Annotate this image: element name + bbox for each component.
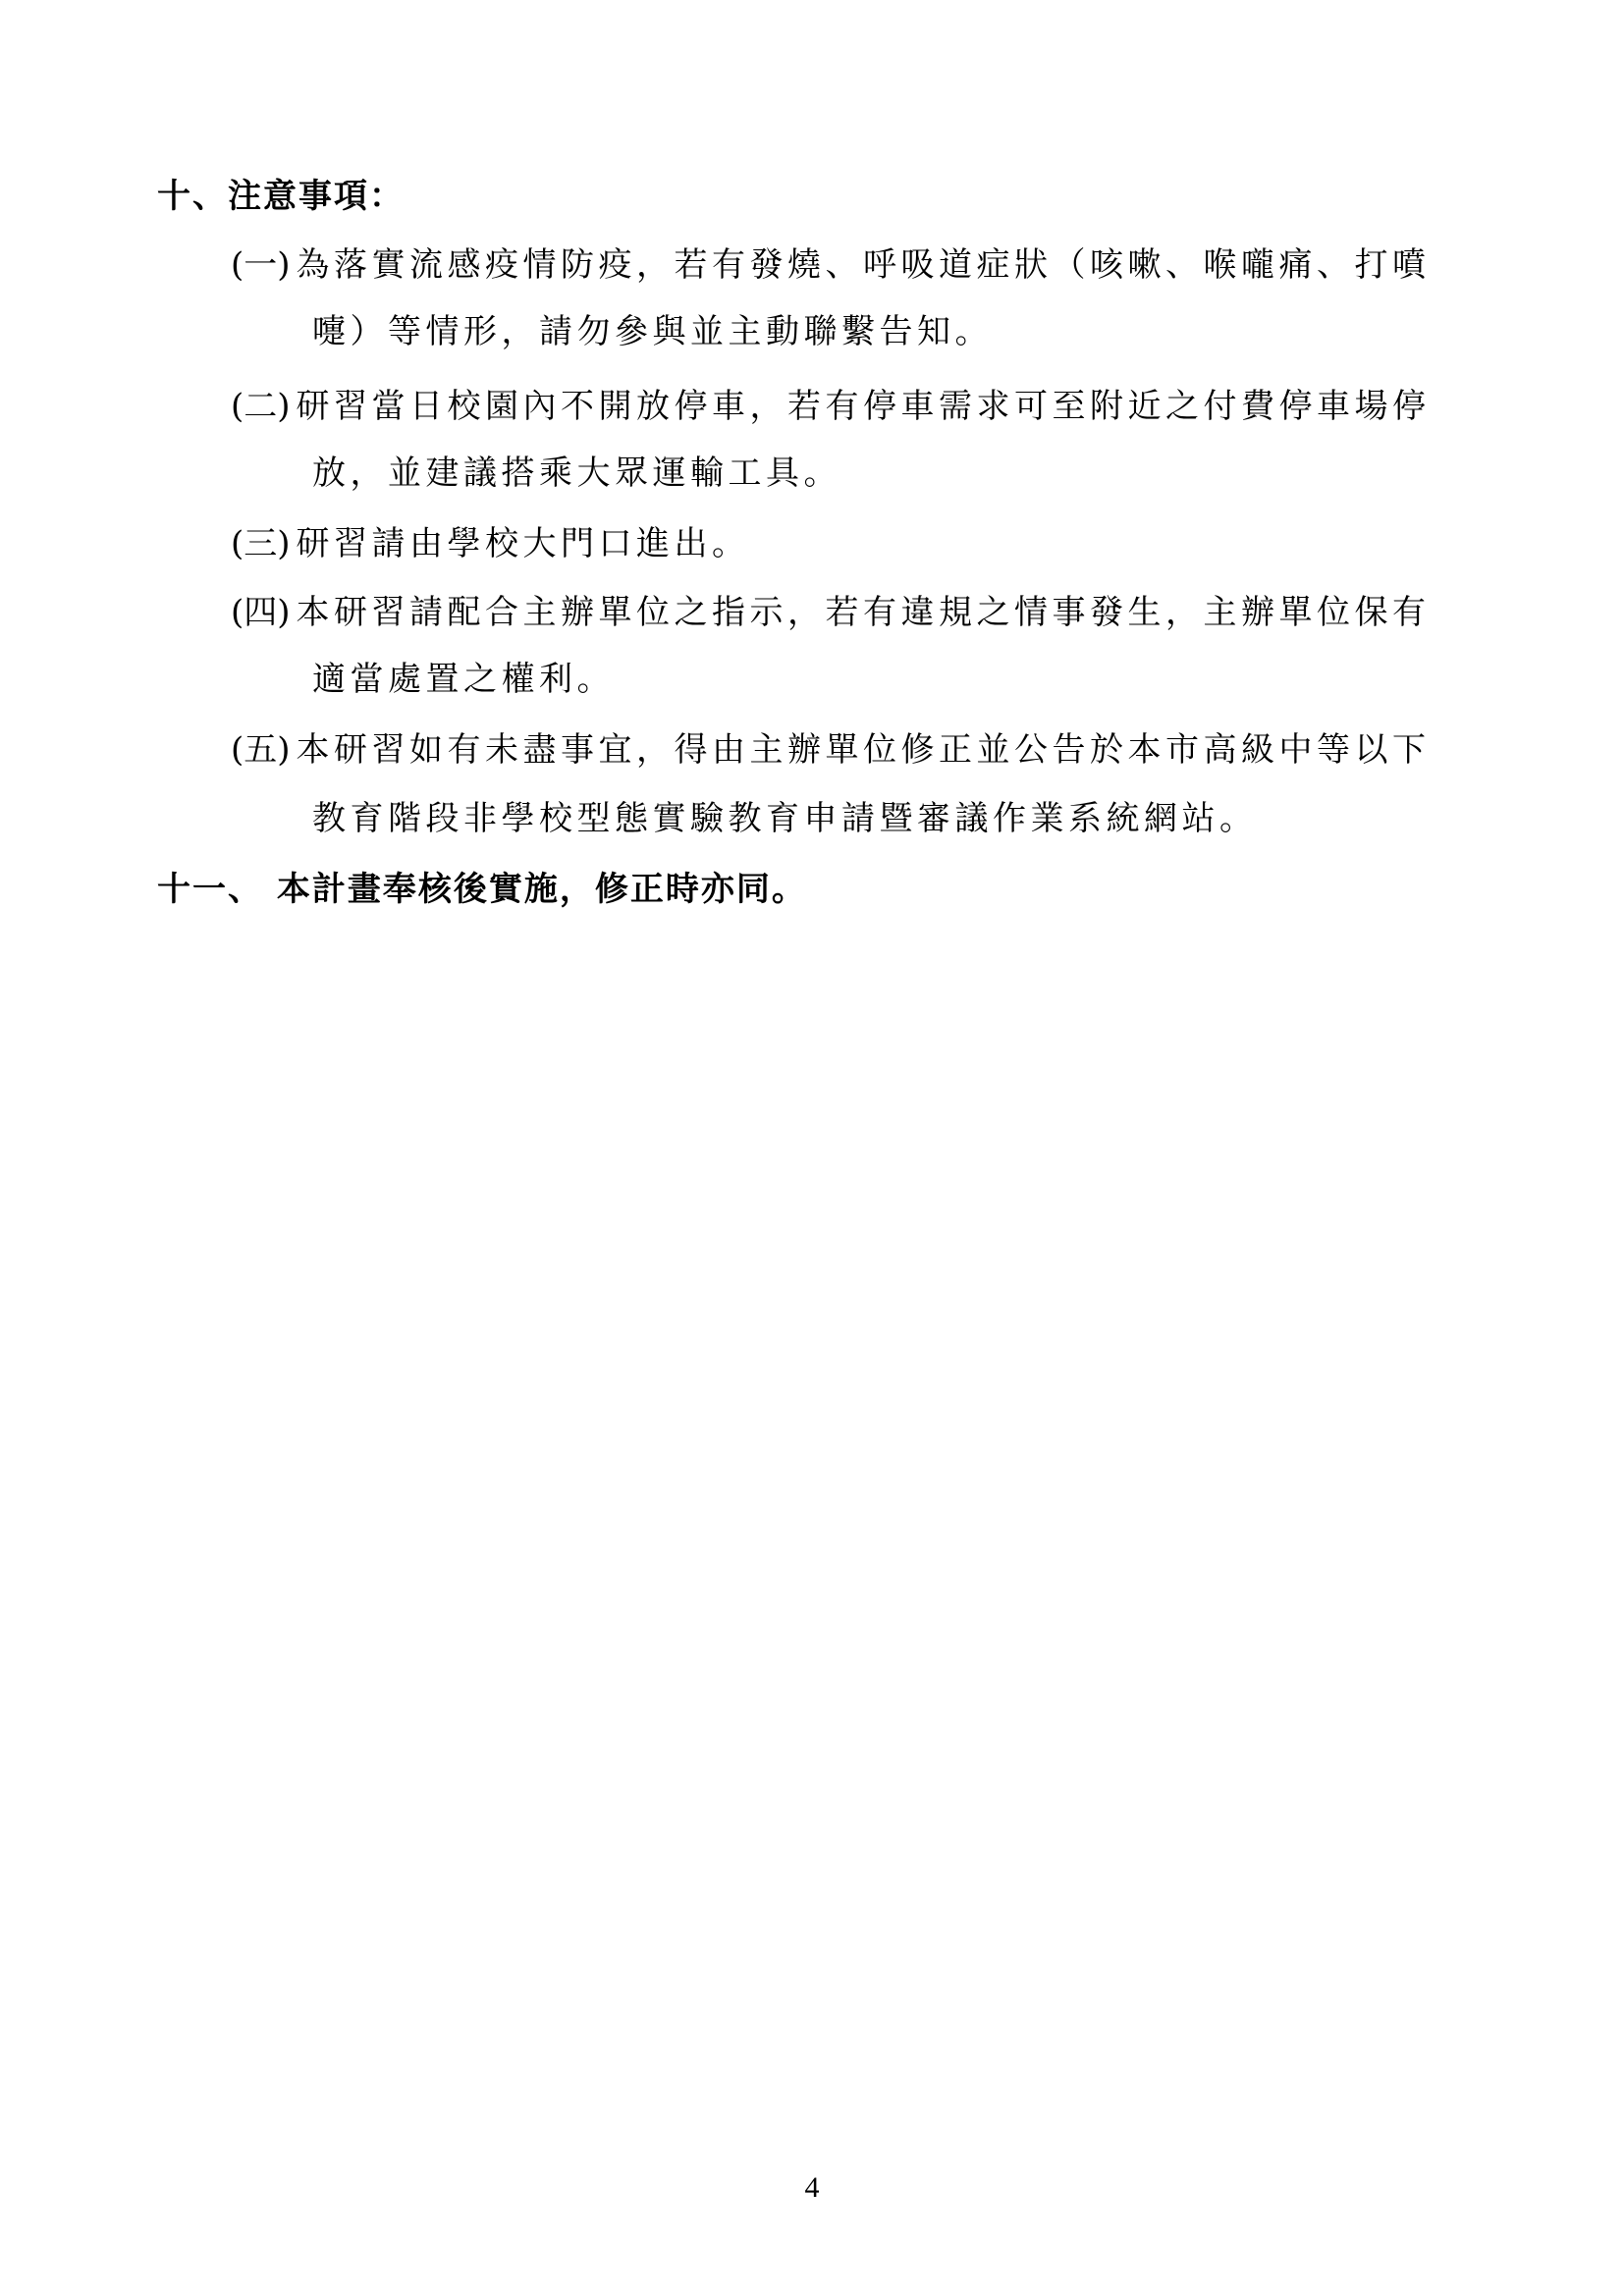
list-item-2-text-2: 放，並建議搭乘大眾運輸工具。 — [312, 452, 841, 495]
list-marker-5: (五) — [231, 730, 291, 770]
list-item-2-text-1: 研習當日校園內不開放停車，若有停車需求可至附近之付費停車場停 — [297, 387, 1431, 426]
list-marker-3: (三) — [231, 524, 291, 563]
list-marker-1: (一) — [231, 245, 291, 285]
document-page: 十、注意事項： (一)為落實流感疫情防疫，若有發燒、呼吸道症狀（咳嗽、喉嚨痛、打… — [0, 0, 1624, 2296]
list-marker-4: (四) — [231, 593, 291, 632]
list-item-5-line-1: (五)本研習如有未盡事宜，得由主辦單位修正並公告於本市高級中等以下 — [231, 728, 1431, 772]
page-number: 4 — [0, 2171, 1624, 2205]
list-item-4-line-1: (四)本研習請配合主辦單位之指示，若有違規之情事發生，主辦單位保有 — [231, 591, 1431, 634]
section-heading-11: 十一、 本計畫奉核後實施，修正時亦同。 — [157, 868, 807, 911]
list-item-1-text-2: 嚏）等情形，請勿參與並主動聯繫告知。 — [312, 310, 993, 353]
list-item-5-text-1: 本研習如有未盡事宜，得由主辦單位修正並公告於本市高級中等以下 — [297, 730, 1431, 770]
list-item-1-text-1: 為落實流感疫情防疫，若有發燒、呼吸道症狀（咳嗽、喉嚨痛、打噴 — [297, 245, 1431, 285]
list-item-1-line-1: (一)為落實流感疫情防疫，若有發燒、呼吸道症狀（咳嗽、喉嚨痛、打噴 — [231, 243, 1431, 287]
list-item-4-text-1: 本研習請配合主辦單位之指示，若有違規之情事發生，主辦單位保有 — [297, 593, 1431, 632]
list-item-3-line-1: (三)研習請由學校大門口進出。 — [231, 522, 750, 565]
list-item-4-text-2: 適當處置之權利。 — [312, 658, 615, 701]
list-item-3-text-1: 研習請由學校大門口進出。 — [297, 524, 750, 563]
list-item-2-line-1: (二)研習當日校園內不開放停車，若有停車需求可至附近之付費停車場停 — [231, 385, 1431, 428]
list-item-5-text-2: 教育階段非學校型態實驗教育申請暨審議作業系統網站。 — [312, 797, 1258, 840]
section-heading-10: 十、注意事項： — [157, 175, 405, 218]
list-marker-2: (二) — [231, 387, 291, 426]
